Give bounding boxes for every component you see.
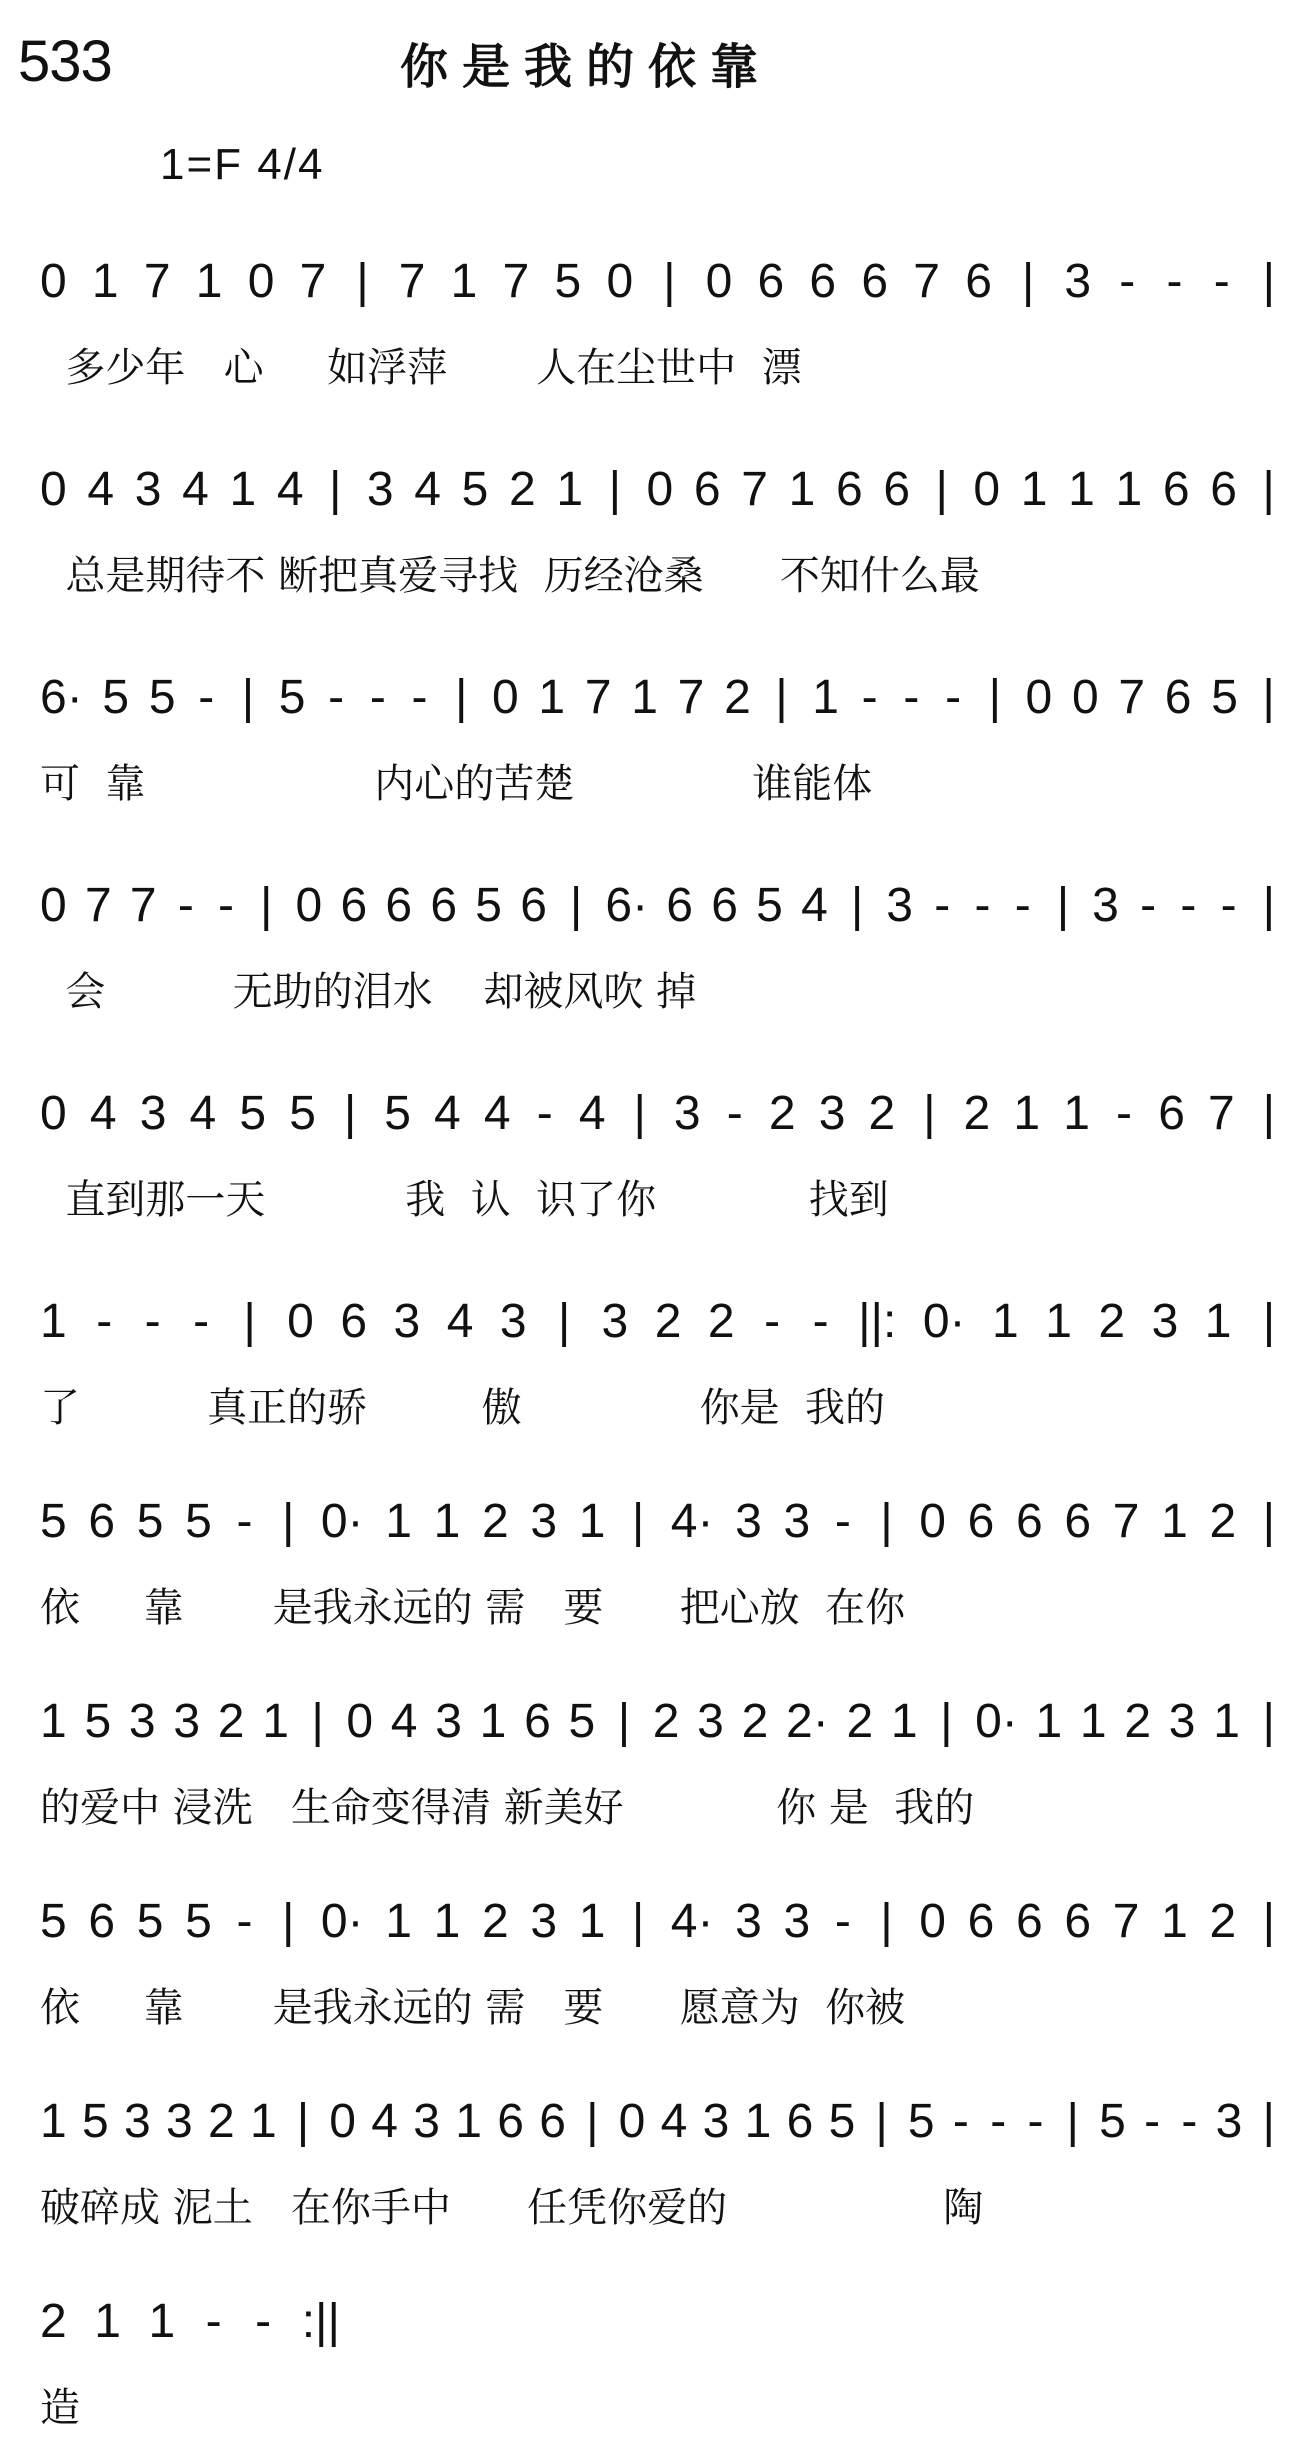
barline: | — [1258, 1084, 1280, 1152]
barline: | — [876, 1492, 898, 1560]
note: 0 — [40, 252, 67, 320]
note: 4 — [90, 1084, 117, 1152]
note: 0 — [287, 1292, 314, 1360]
note: 4 — [579, 1084, 606, 1152]
note: 5 — [569, 1692, 596, 1760]
note: 1 — [1161, 1492, 1188, 1560]
lyrics-line: 依 靠 是我永远的 需 要 把心放 在你 — [40, 1576, 905, 1633]
note: 5 — [462, 460, 489, 528]
note: 1 — [40, 1692, 67, 1760]
note: 5 — [475, 876, 502, 944]
note: 1 — [230, 460, 257, 528]
score-system: 6·55-|5---|017172|1---|00765|可 靠 内心的苦楚 谁… — [0, 626, 1314, 826]
dash-extension: - — [367, 668, 389, 736]
note: 7 — [1118, 668, 1145, 736]
lyrics-line: 的爱中 浸洗 生命变得清 新美好 你 是 我的 — [40, 1776, 974, 1833]
barline: | — [1258, 1892, 1280, 1960]
note: 0 — [919, 1892, 946, 1960]
note: 3 — [602, 1292, 629, 1360]
note: 6 — [340, 1292, 367, 1360]
note: 3 — [394, 1292, 421, 1360]
note: 0 — [646, 460, 673, 528]
barline: | — [1258, 1692, 1280, 1760]
dash-extension: - — [93, 1292, 115, 1360]
note: 3 — [703, 2092, 730, 2160]
notation-line: 017107|71750|066676|3---| — [40, 230, 1280, 320]
note: 0 — [40, 460, 67, 528]
note: 0· — [321, 1492, 364, 1560]
notation-line: 6·55-|5---|017172|1---|00765| — [40, 646, 1280, 736]
note: 3 — [819, 1084, 846, 1152]
note: 1 — [148, 2292, 175, 2360]
note: 6 — [524, 1692, 551, 1760]
note: 4 — [277, 460, 304, 528]
note: 0 — [919, 1492, 946, 1560]
barline: | — [935, 1692, 957, 1760]
dash-extension: - — [1024, 2092, 1046, 2160]
song-number: 533 — [18, 28, 112, 95]
dash-extension: - — [1113, 1084, 1135, 1152]
dash-extension: - — [142, 1292, 164, 1360]
note: 0 — [1072, 668, 1099, 736]
barline: | — [339, 1084, 361, 1152]
note: 7 — [130, 876, 157, 944]
lyrics-line: 了 真正的骄 傲 你是 我的 — [40, 1376, 885, 1433]
barline: | — [627, 1492, 649, 1560]
dash-extension: - — [1218, 876, 1240, 944]
dash-extension: - — [832, 1892, 854, 1960]
barline: | — [239, 1292, 261, 1360]
note: 6 — [539, 2092, 566, 2160]
note: 5 — [555, 252, 582, 320]
barline: | — [1258, 876, 1280, 944]
dash-extension: - — [1137, 876, 1159, 944]
barline: | — [604, 460, 626, 528]
dash-extension: - — [1211, 252, 1233, 320]
note: 2 — [40, 2292, 67, 2360]
note: 3 — [1169, 1692, 1196, 1760]
dash-extension: - — [1116, 252, 1138, 320]
note: 3 — [886, 876, 913, 944]
note: 1 — [196, 252, 223, 320]
barline: | — [918, 1084, 940, 1152]
note: 4 — [190, 1084, 217, 1152]
barline: | — [1258, 2092, 1280, 2160]
barline: :|| — [302, 2292, 340, 2360]
note: 3 — [1152, 1292, 1179, 1360]
barline: | — [553, 1292, 575, 1360]
note: 1 — [40, 1292, 67, 1360]
barline: | — [1258, 460, 1280, 528]
note: 4 — [87, 460, 114, 528]
note: 1 — [434, 1892, 461, 1960]
lyrics-line: 总是期待不 断把真爱寻找 历经沧桑 不知什么最 — [40, 544, 980, 601]
note: 6 — [1016, 1892, 1043, 1960]
barline: | — [1062, 2092, 1084, 2160]
lyrics-line: 直到那一天 我 认 识了你 找到 — [40, 1168, 889, 1225]
note: 1 — [1035, 1692, 1062, 1760]
note: 5 — [185, 1492, 212, 1560]
lyrics-line: 可 靠 内心的苦楚 谁能体 — [40, 752, 872, 809]
lyrics-line: 多少年 心 如浮萍 人在尘世中 漂 — [40, 336, 802, 393]
note: 5 — [289, 1084, 316, 1152]
dash-extension: - — [810, 1292, 832, 1360]
note: 0 — [706, 252, 733, 320]
dash-extension: - — [1178, 2092, 1200, 2160]
note: 2 — [708, 1292, 735, 1360]
note: 0 — [40, 1084, 67, 1152]
note: 7 — [399, 252, 426, 320]
dash-extension: - — [859, 668, 881, 736]
note: 1 — [812, 668, 839, 736]
dash-extension: - — [987, 2092, 1009, 2160]
note: 1 — [1021, 460, 1048, 528]
note: 0 — [619, 2092, 646, 2160]
note: 0· — [321, 1892, 364, 1960]
note: 6 — [965, 252, 992, 320]
note: 3 — [735, 1492, 762, 1560]
dash-extension: - — [1141, 2092, 1163, 2160]
note: 2 — [742, 1692, 769, 1760]
note: 2 — [1209, 1492, 1236, 1560]
score-system: 211--:||造 — [0, 2250, 1314, 2450]
note: 4 — [447, 1292, 474, 1360]
note: 1 — [1080, 1692, 1107, 1760]
lyrics-line: 破碎成 泥土 在你手中 任凭你爱的 陶 — [40, 2176, 983, 2233]
note: 4 — [391, 1692, 418, 1760]
note: 7 — [913, 252, 940, 320]
note: 3 — [1064, 252, 1091, 320]
dash-extension: - — [900, 668, 922, 736]
dash-extension: - — [931, 876, 953, 944]
dash-extension: - — [1177, 876, 1199, 944]
note: 3 — [783, 1492, 810, 1560]
note: 7 — [1113, 1892, 1140, 1960]
note: 7 — [85, 876, 112, 944]
note: 3 — [173, 1692, 200, 1760]
dash-extension: - — [190, 1292, 212, 1360]
note: 3 — [530, 1492, 557, 1560]
note: 2 — [482, 1492, 509, 1560]
note: 6 — [787, 2092, 814, 2160]
note: 6 — [88, 1492, 115, 1560]
barline: | — [324, 460, 346, 528]
note: 1 — [579, 1492, 606, 1560]
note: 4 — [414, 460, 441, 528]
dash-extension: - — [942, 668, 964, 736]
note: 2 — [218, 1692, 245, 1760]
note: 0· — [975, 1692, 1018, 1760]
note: 7 — [144, 252, 171, 320]
note: 6 — [340, 876, 367, 944]
note: 6 — [1210, 460, 1237, 528]
note: 6 — [1158, 1084, 1185, 1152]
note: 5 — [829, 2092, 856, 2160]
note: 3 — [697, 1692, 724, 1760]
note: 3 — [735, 1892, 762, 1960]
note: 3 — [1216, 2092, 1243, 2160]
note: 5 — [84, 1692, 111, 1760]
note: 0 — [40, 876, 67, 944]
notation-line: 077--|066656|6·6654|3---|3---| — [40, 854, 1280, 944]
lyrics-line: 会 无助的泪水 却被风吹 掉 — [40, 960, 696, 1017]
note: 1 — [1063, 1084, 1090, 1152]
note: 0 — [1026, 668, 1053, 736]
note: 6 — [861, 252, 888, 320]
score-system: 1---|06343|322--||:0·11231|了 真正的骄 傲 你是 我… — [0, 1250, 1314, 1450]
notation-line: 211--:|| — [40, 2270, 340, 2360]
dash-extension: - — [234, 1492, 256, 1560]
barline: | — [237, 668, 259, 736]
note: 1 — [556, 460, 583, 528]
barline: | — [1258, 252, 1280, 320]
note: 0 — [346, 1692, 373, 1760]
barline: | — [255, 876, 277, 944]
note: 7 — [741, 460, 768, 528]
note: 1 — [538, 668, 565, 736]
note: 1 — [92, 252, 119, 320]
note: 2 — [869, 1084, 896, 1152]
score-system: 043414|34521|067166|011166| 总是期待不 断把真爱寻找… — [0, 418, 1314, 618]
barline: | — [277, 1492, 299, 1560]
note: 1 — [455, 2092, 482, 2160]
dash-extension: - — [234, 1892, 256, 1960]
lyrics-line: 依 靠 是我永远的 需 要 愿意为 你被 — [40, 1976, 905, 2033]
note: 2 — [509, 460, 536, 528]
note: 1 — [480, 1692, 507, 1760]
note: 7 — [585, 668, 612, 736]
note: 2 — [724, 668, 751, 736]
note: 2· — [786, 1692, 829, 1760]
score-system: 153321|043165|2322·21|0·11231|的爱中 浸洗 生命变… — [0, 1650, 1314, 1850]
barline: | — [581, 2092, 603, 2160]
dash-extension: - — [252, 2292, 274, 2360]
dash-extension: - — [971, 876, 993, 944]
barline: | — [1052, 876, 1074, 944]
note: 3 — [500, 1292, 527, 1360]
note: 5 — [1099, 2092, 1126, 2160]
note: 1 — [434, 1492, 461, 1560]
note: 1 — [1116, 460, 1143, 528]
barline: | — [629, 1084, 651, 1152]
note: 2 — [208, 2092, 235, 2160]
score-system: 017107|71750|066676|3---| 多少年 心 如浮萍 人在尘世… — [0, 210, 1314, 410]
barline: ||: — [858, 1292, 896, 1360]
note: 2 — [655, 1292, 682, 1360]
note: 3 — [166, 2092, 193, 2160]
notation-line: 1---|06343|322--||:0·11231| — [40, 1270, 1280, 1360]
barline: | — [1258, 668, 1280, 736]
dash-extension: - — [832, 1492, 854, 1560]
note: 3 — [129, 1692, 156, 1760]
barline: | — [658, 252, 680, 320]
note: 1 — [385, 1892, 412, 1960]
note: 6 — [520, 876, 547, 944]
note: 5 — [137, 1892, 164, 1960]
note: 6 — [497, 2092, 524, 2160]
note: 2 — [769, 1084, 796, 1152]
note: 5 — [40, 1492, 67, 1560]
dash-extension: - — [175, 876, 197, 944]
note: 4 — [801, 876, 828, 944]
note: 4· — [671, 1892, 714, 1960]
note: 6 — [1064, 1492, 1091, 1560]
barline: | — [876, 1892, 898, 1960]
note: 2 — [482, 1892, 509, 1960]
barline: | — [292, 2092, 314, 2160]
note: 1 — [992, 1292, 1019, 1360]
barline: | — [1258, 1292, 1280, 1360]
note: 1 — [745, 2092, 772, 2160]
barline: | — [352, 252, 374, 320]
barline: | — [931, 460, 953, 528]
barline: | — [1258, 1492, 1280, 1560]
note: 1 — [1205, 1292, 1232, 1360]
note: 6· — [40, 668, 83, 736]
note: 1 — [250, 2092, 277, 2160]
note: 0 — [248, 252, 275, 320]
note: 4 — [434, 1084, 461, 1152]
note: 1 — [262, 1692, 289, 1760]
note: 1 — [1013, 1084, 1040, 1152]
note: 6 — [1064, 1892, 1091, 1960]
note: 6· — [605, 876, 648, 944]
note: 6 — [809, 252, 836, 320]
barline: | — [846, 876, 868, 944]
note: 2 — [1124, 1692, 1151, 1760]
note: 3 — [124, 2092, 151, 2160]
note: 0 — [296, 876, 323, 944]
note: 3 — [674, 1084, 701, 1152]
barline: | — [307, 1692, 329, 1760]
note: 3 — [1092, 876, 1119, 944]
note: 2 — [653, 1692, 680, 1760]
notation-line: 5655-|0·11231|4·33-|0666712| — [40, 1470, 1280, 1560]
notation-line: 153321|043165|2322·21|0·11231| — [40, 1670, 1280, 1760]
note: 3 — [530, 1892, 557, 1960]
note: 5 — [185, 1892, 212, 1960]
barline: | — [1017, 252, 1039, 320]
note: 5 — [149, 668, 176, 736]
note: 7 — [300, 252, 327, 320]
note: 5 — [239, 1084, 266, 1152]
note: 6 — [666, 876, 693, 944]
note: 5 — [40, 1892, 67, 1960]
note: 1 — [1161, 1892, 1188, 1960]
dash-extension: - — [1012, 876, 1034, 944]
note: 5 — [384, 1084, 411, 1152]
note: 6 — [385, 876, 412, 944]
barline: | — [613, 1692, 635, 1760]
barline: | — [450, 668, 472, 736]
score-system: 5655-|0·11231|4·33-|0666712|依 靠 是我永远的 需 … — [0, 1450, 1314, 1650]
note: 7 — [678, 668, 705, 736]
lyrics-line: 造 — [40, 2376, 80, 2433]
note: 4 — [661, 2092, 688, 2160]
note: 5 — [1211, 668, 1238, 736]
dash-extension: - — [409, 668, 431, 736]
note: 6 — [88, 1892, 115, 1960]
note: 6 — [694, 460, 721, 528]
notation-line: 043414|34521|067166|011166| — [40, 438, 1280, 528]
note: 3 — [435, 1692, 462, 1760]
note: 1 — [451, 252, 478, 320]
notation-line: 043455|544-4|3-232|211-67| — [40, 1062, 1280, 1152]
score-system: 077--|066656|6·6654|3---|3---| 会 无助的泪水 却… — [0, 834, 1314, 1034]
note: 1 — [891, 1692, 918, 1760]
barline: | — [565, 876, 587, 944]
dash-extension: - — [325, 668, 347, 736]
note: 3 — [367, 460, 394, 528]
note: 4· — [671, 1492, 714, 1560]
key-signature: 1=F 4/4 — [160, 140, 324, 190]
note: 5 — [756, 876, 783, 944]
note: 1 — [94, 2292, 121, 2360]
note: 2 — [964, 1084, 991, 1152]
note: 0 — [492, 668, 519, 736]
score-system: 043455|544-4|3-232|211-67| 直到那一天 我 认 识了你… — [0, 1042, 1314, 1242]
note: 6 — [758, 252, 785, 320]
barline: | — [277, 1892, 299, 1960]
note: 1 — [631, 668, 658, 736]
note: 6 — [968, 1892, 995, 1960]
note: 6 — [968, 1492, 995, 1560]
barline: | — [871, 2092, 893, 2160]
note: 7 — [1208, 1084, 1235, 1152]
note: 6 — [1165, 668, 1192, 736]
note: 3 — [135, 460, 162, 528]
barline: | — [771, 668, 793, 736]
note: 4 — [182, 460, 209, 528]
note: 1 — [1068, 460, 1095, 528]
note: 5 — [137, 1492, 164, 1560]
notation-line: 153321|043166|043165|5---|5--3| — [40, 2070, 1280, 2160]
note: 7 — [1113, 1492, 1140, 1560]
note: 1 — [385, 1492, 412, 1560]
dash-extension: - — [761, 1292, 783, 1360]
note: 5 — [279, 668, 306, 736]
note: 3 — [783, 1892, 810, 1960]
note: 6 — [711, 876, 738, 944]
note: 4 — [484, 1084, 511, 1152]
note: 4 — [371, 2092, 398, 2160]
note: 0 — [329, 2092, 356, 2160]
note: 5 — [102, 668, 129, 736]
note: 5 — [908, 2092, 935, 2160]
note: 1 — [1045, 1292, 1072, 1360]
note: 5 — [82, 2092, 109, 2160]
note: 7 — [503, 252, 530, 320]
note: 1 — [579, 1892, 606, 1960]
dash-extension: - — [724, 1084, 746, 1152]
note: 6 — [883, 460, 910, 528]
dash-extension: - — [203, 2292, 225, 2360]
dash-extension: - — [195, 668, 217, 736]
barline: | — [984, 668, 1006, 736]
note: 1 — [789, 460, 816, 528]
score-system: 5655-|0·11231|4·33-|0666712|依 靠 是我永远的 需 … — [0, 1850, 1314, 2050]
note: 2 — [1209, 1892, 1236, 1960]
note: 3 — [413, 2092, 440, 2160]
note: 2 — [1098, 1292, 1125, 1360]
score-system: 153321|043166|043165|5---|5--3|破碎成 泥土 在你… — [0, 2050, 1314, 2250]
dash-extension: - — [1163, 252, 1185, 320]
note: 0 — [606, 252, 633, 320]
dash-extension: - — [950, 2092, 972, 2160]
notation-line: 5655-|0·11231|4·33-|0666712| — [40, 1870, 1280, 1960]
song-title: 你是我的依靠 — [400, 28, 772, 97]
dash-extension: - — [534, 1084, 556, 1152]
